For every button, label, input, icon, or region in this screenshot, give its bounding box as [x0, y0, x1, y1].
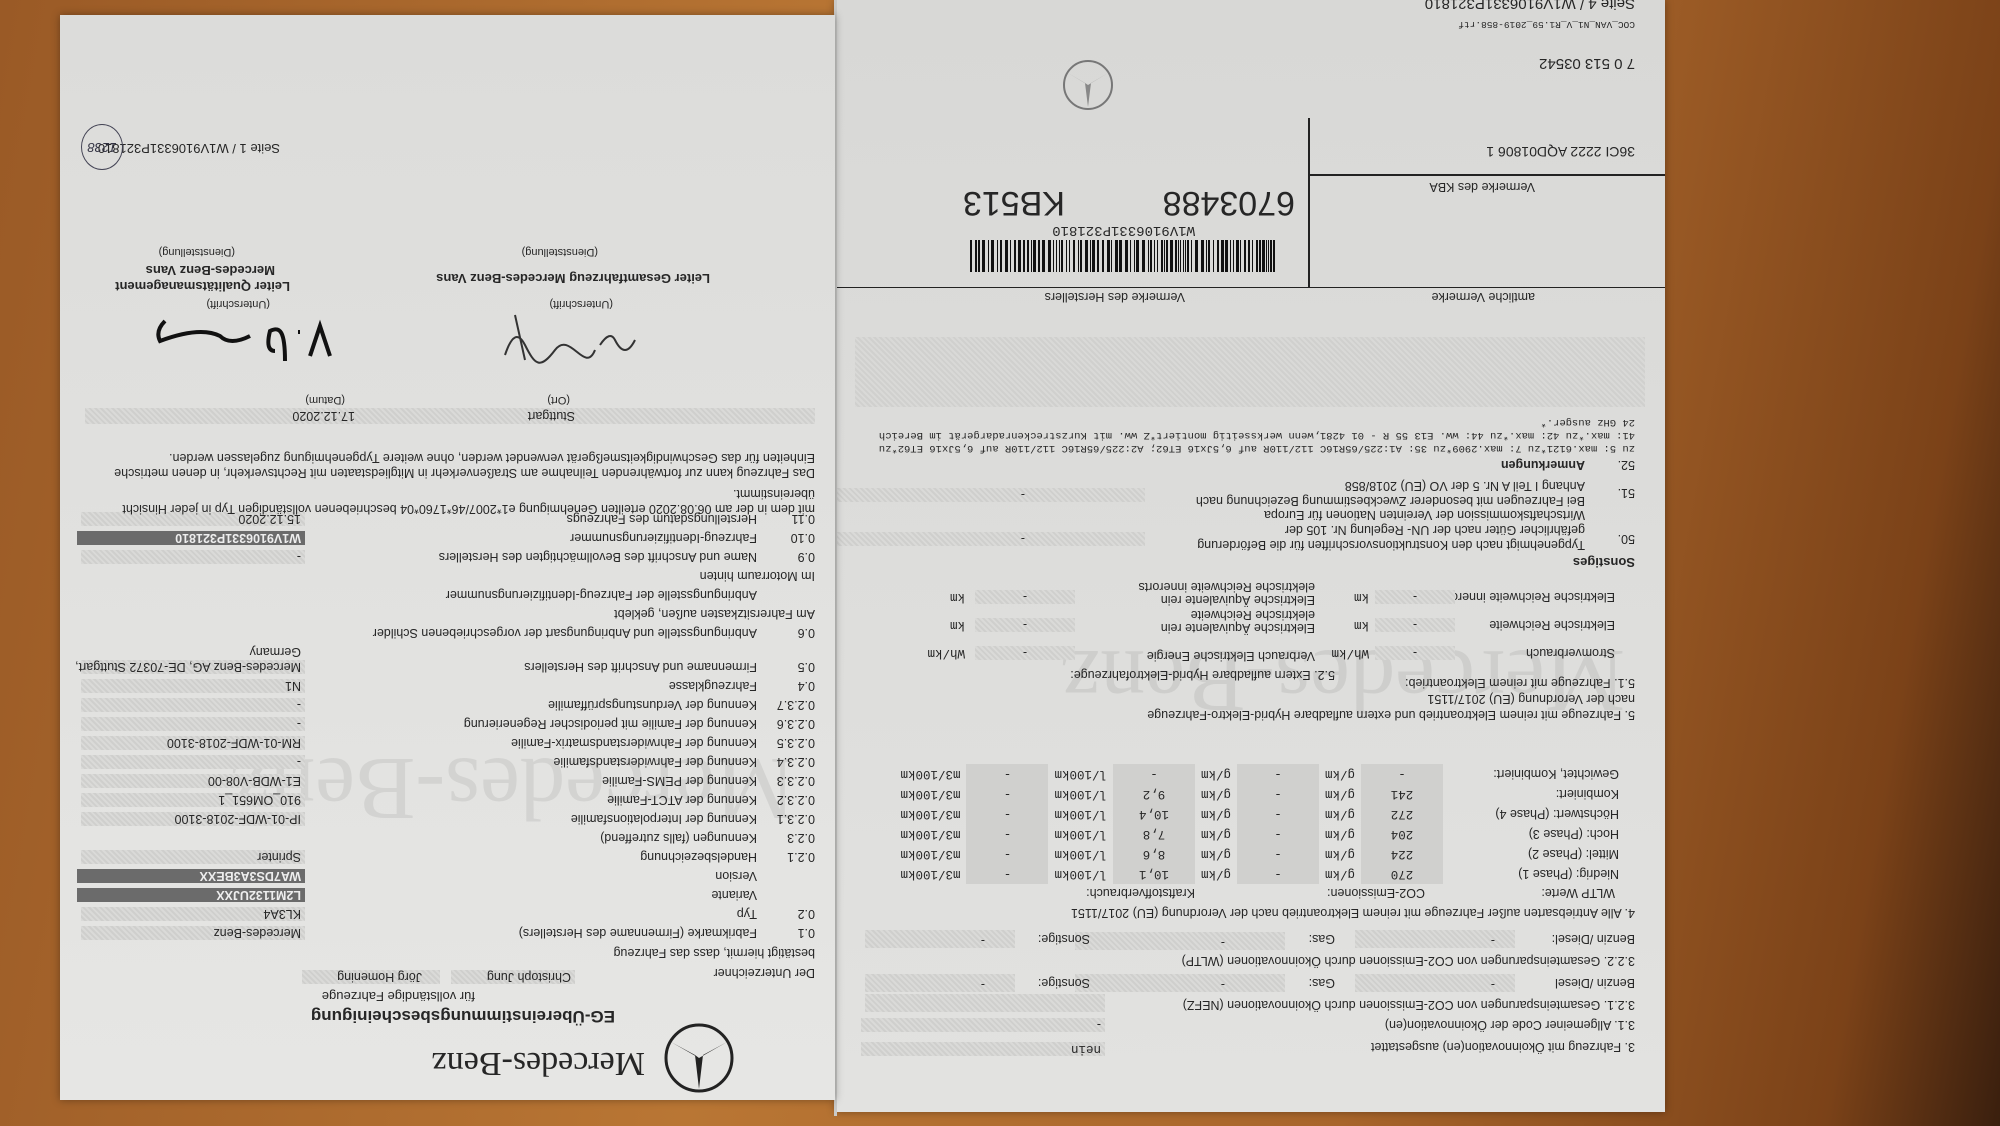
sonstige-label-1: Sonstige: [1038, 976, 1090, 990]
wltp-cell-label: Gewichtet, Kombiniert: [1443, 764, 1625, 784]
sonstige-label-2: Sonstige: [1038, 932, 1090, 946]
remarks-text: zu 5: max.6121*zu 7: max.2909*zu 35: A1:… [865, 415, 1635, 454]
wltp-cell-co2: 241 [1361, 784, 1443, 804]
field-label: Version [715, 869, 757, 883]
wltp-cell-label: Höchstwert: (Phase 4) [1443, 804, 1625, 824]
wltp-row: Mittel: (Phase 2)224g/km-g/km8,6l/100km-… [894, 844, 1625, 864]
field-label: Typ [737, 907, 757, 921]
field-label: Kennung der ATCT-Familie [607, 793, 757, 807]
coc-page-1: Mercedes-Benz Mercedes-Benz EG-Übereinst… [60, 15, 835, 1100]
field-value: - [81, 698, 305, 712]
divider-kba [1310, 174, 1665, 176]
section322-label: 3.2.2. Gesamteinsparungen von CO2-Emissi… [1182, 954, 1635, 968]
place-label: (Ort) [547, 394, 570, 406]
wltp-cell-co2-unit: g/km [1319, 784, 1361, 804]
section31-value: - [861, 1018, 1105, 1032]
s50-num: 50. [1618, 532, 1635, 546]
field-number: 0.2.3.7 [757, 698, 815, 712]
amtliche-vermerke-label: amtliche Vermerke [1431, 290, 1535, 304]
wltp-cell-b: - [1237, 784, 1319, 804]
field-number: 0.1 [757, 926, 815, 940]
section51-label: 5.1. Fahrzeuge mit reinem Elektroantrieb… [1405, 676, 1635, 690]
date-label: (Datum) [305, 394, 345, 406]
field-label: Am Fahrersitzkasten außen, geklebt [614, 607, 815, 621]
wltp-cell-m: - [966, 824, 1048, 844]
sonstige-field-2: - [865, 930, 1015, 948]
section3-title: 3. Fahrzeug mit Ökoinnovation(en) ausges… [1371, 1040, 1635, 1054]
benzin-label-1: Benzin /Diesel [1555, 976, 1635, 990]
section5-right-value: - [975, 618, 1075, 632]
wltp-row: Kombiniert:241g/km-g/km9,2l/100km-m3/100… [894, 784, 1625, 804]
s51-num: 51. [1618, 486, 1635, 500]
gas-label-2: Gas: [1309, 932, 1335, 946]
field-row: 0.2.3.2Kennung der ATCT-Familie [607, 793, 815, 807]
field-number: 0.4 [757, 679, 815, 693]
field-row: 0.2.3.1Kennung der Interpolationsfamilie [571, 812, 815, 826]
field-row: Variante [711, 888, 815, 902]
position-label-1: (Dienststellung) [522, 246, 598, 258]
field-label: Fabrikmarke (Firmenname des Herstellers) [519, 926, 757, 940]
wltp-cell-m: - [966, 764, 1048, 784]
wltp-cell-co2-unit: g/km [1319, 804, 1361, 824]
section5-right-unit: km [950, 590, 965, 604]
field-label: Kennung der Interpolationsfamilie [571, 812, 757, 826]
wltp-cell-b-unit: g/km [1195, 804, 1237, 824]
section5-left-label: Elektrische Reichweite innerorts [1437, 590, 1615, 604]
mercedes-star-icon [663, 1022, 735, 1094]
section5-right-unit: km [950, 618, 965, 632]
field-row: Anbringungsstelle der Fahrzeug-Identifiz… [446, 588, 815, 602]
wltp-cell-fuel-unit: l/100km [1048, 804, 1113, 824]
wltp-row: Gewichtet, Kombiniert:-g/km-g/km-l/100km… [894, 764, 1625, 784]
field-value: N1 [81, 679, 305, 693]
benzin-field-2: - [1355, 930, 1515, 948]
co2-label: CO2-Emissionen: [1327, 886, 1425, 900]
wltp-cell-m-unit: m3/100km [894, 764, 966, 784]
field-row: 0.4Fahrzeugklasse [669, 679, 815, 693]
wltp-cell-b: - [1237, 824, 1319, 844]
remarks-shade [855, 337, 1645, 407]
s51-value: - [835, 488, 1145, 502]
field-number: 0.2.3.2 [757, 793, 815, 807]
field-number: 0.10 [757, 531, 815, 545]
s51-text: Bei Fahrzeugen mit besonderer Zweckbesti… [1165, 478, 1585, 508]
section5-left-label: Stromverbrauch [1526, 646, 1615, 660]
field-value: IP-01-WDF-2018-3100 [81, 812, 305, 826]
wltp-cell-co2: 204 [1361, 824, 1443, 844]
wltp-cell-b-unit: g/km [1195, 764, 1237, 784]
wltp-cell-b-unit: g/km [1195, 824, 1237, 844]
wltp-cell-label: Kombiniert: [1443, 784, 1625, 804]
gas-field-2: - [1075, 932, 1285, 950]
wltp-row: Hoch: (Phase 3)204g/km-g/km7,8l/100km-m3… [894, 824, 1625, 844]
section4-title: 4. Alle Antriebsarten außer Fahrzeuge mi… [1071, 906, 1635, 920]
field-row: 0.5Firmenname und Anschrift des Herstell… [524, 660, 815, 674]
section5-right-label: Verbrauch Elektrische Energie [1115, 649, 1315, 662]
vermerke-kba-label: Vermerke des KBA [1429, 180, 1535, 194]
wltp-cell-fuel-unit: l/100km [1048, 784, 1113, 804]
wltp-cell-m-unit: m3/100km [894, 784, 966, 804]
section5-right-unit: Wh/km [927, 646, 965, 660]
signature-label-1: (Unterschrift) [549, 298, 613, 310]
sonstiges-title: Sonstiges [1573, 555, 1635, 570]
photo-stage: Mercedes-Benz 3. Fahrzeug mit Ökoinnovat… [0, 0, 2000, 1126]
section5-right-value: - [975, 646, 1075, 660]
field-number: 0.2 [757, 907, 815, 921]
wltp-row: Niedrig: (Phase 1)270g/km-g/km10,1l/100k… [894, 864, 1625, 884]
wltp-cell-b-unit: g/km [1195, 844, 1237, 864]
field-row: 0.2.3Kennungen (falls zutreffend) [600, 831, 815, 845]
field-number: 0.2.1 [757, 850, 815, 864]
field-row: 0.2.3.7Kennung der Verdunstungsprüffamil… [548, 698, 815, 712]
signer-2-title-2: Mercedes-Benz Vans [146, 263, 275, 278]
wltp-cell-b: - [1237, 804, 1319, 824]
benzin-field-1: - [1355, 974, 1515, 992]
signer-2: Jörg Homening [302, 970, 440, 984]
wltp-cell-fuel: 9,2 [1113, 784, 1195, 804]
wltp-cell-m: - [966, 784, 1048, 804]
wltp-cell-fuel-unit: l/100km [1048, 864, 1113, 884]
signature-label-2: (Unterschrift) [206, 298, 270, 310]
doc-number: 7 0 513 03542 [1539, 55, 1635, 72]
field-value-line2: Germany [250, 645, 301, 659]
wltp-cell-fuel-unit: l/100km [1048, 824, 1113, 844]
wltp-cell-fuel-unit: l/100km [1048, 844, 1113, 864]
field-number: 0.2.3.4 [757, 755, 815, 769]
field-value: WA7DS3A3BEXX [77, 869, 305, 883]
place-date-field [85, 408, 815, 424]
s50-text: Typgenehmigt nach den Konstruktionsvorsc… [1165, 507, 1585, 552]
wltp-cell-co2-unit: g/km [1319, 864, 1361, 884]
gas-field-1: - [1075, 974, 1285, 992]
document-subtitle: für vollständige Fahrzeuge [322, 989, 475, 1004]
field-row: Im Motorraum hinten [700, 569, 815, 583]
wltp-table: Niedrig: (Phase 1)270g/km-g/km10,1l/100k… [894, 764, 1625, 884]
section5-right-label: Elektrische Äquivalente rein elektrische… [1115, 608, 1315, 634]
wltp-label: WLTP Werte: [1541, 886, 1615, 900]
field-number: 0.2.3.5 [757, 736, 815, 750]
section5-right-value: - [975, 590, 1075, 604]
wltp-cell-co2-unit: g/km [1319, 824, 1361, 844]
field-value: 910_OM651_1 [81, 793, 305, 807]
field-label: Fahrzeug-Identifizierungsnummer [570, 531, 757, 545]
section3-value: nein [861, 1042, 1105, 1056]
brand-wordmark: Mercedes-Benz [432, 1044, 645, 1082]
wltp-cell-co2: 270 [1361, 864, 1443, 884]
field-label: Variante [711, 888, 757, 902]
wltp-cell-b-unit: g/km [1195, 864, 1237, 884]
field-value: E1-WDB-V08-00 [81, 774, 305, 788]
field-label: Kennung der PEMS-Familie [602, 774, 757, 788]
section5-right-label: Elektrische Äquivalente rein elektrische… [1115, 580, 1315, 606]
wltp-cell-m-unit: m3/100km [894, 864, 966, 884]
wltp-cell-co2: 272 [1361, 804, 1443, 824]
wltp-cell-m: - [966, 844, 1048, 864]
wltp-cell-co2: 224 [1361, 844, 1443, 864]
section321-label: 3.2.1. Gesamteinsparungen von CO2-Emissi… [1183, 998, 1635, 1012]
page4-footer: Seite 4 / W1V9106331P321810 [1425, 0, 1635, 12]
section5-left-unit: km [1354, 590, 1369, 604]
wltp-cell-co2-unit: g/km [1319, 764, 1361, 784]
position-label-2: (Dienststellung) [159, 246, 235, 258]
field-value: Mercedes-Benz [81, 926, 305, 940]
wltp-cell-fuel: 10,1 [1113, 864, 1195, 884]
wltp-cell-fuel: 7,8 [1113, 824, 1195, 844]
wltp-cell-b: - [1237, 844, 1319, 864]
big-code: KB513 [963, 183, 1065, 222]
fuel-label: Kraftstoffverbrauch: [1086, 886, 1195, 900]
field-label: Anbringungsstelle und Anbringungsart der… [373, 626, 757, 640]
field-label: Kennungen (falls zutreffend) [600, 831, 757, 845]
mercedes-star-icon [1061, 58, 1115, 112]
field-value: - [81, 755, 305, 769]
section5-title: 5. Fahrzeuge mit reinem Elektroantrieb u… [1147, 708, 1635, 722]
section5-left-label: Elektrische Reichweite [1489, 618, 1615, 632]
wltp-cell-m-unit: m3/100km [894, 844, 966, 864]
traffic-text: Das Fahrzeug kann zur fortwährenden Teil… [85, 450, 815, 480]
field-row: 0.9Name und Anschrift des Bevollmächtigt… [439, 550, 815, 564]
field-value: - [81, 717, 305, 731]
wltp-cell-fuel: 8,6 [1113, 844, 1195, 864]
field-row: 0.2.3.3Kennung der PEMS-Familie [602, 774, 815, 788]
field-row: Version [715, 869, 815, 883]
field-row: 0.1Fabrikmarke (Firmenname des Herstelle… [519, 926, 815, 940]
signer-1-title: Leiter Gesamtfahrzeug Mercedes-Benz Vans [436, 271, 710, 286]
field-label: Kennung der Fahrwiderstandsfamilie [553, 755, 757, 769]
gas-label-1: Gas: [1309, 976, 1335, 990]
field-number: 0.2.3.1 [757, 812, 815, 826]
barcode-text: W1V9106331P321810 [1052, 222, 1195, 238]
page1-footer: Seite 1 / W1V9106331P321810 [98, 141, 280, 156]
field-number: 0.2.3.3 [757, 774, 815, 788]
field-value: L2M1132UJXX [77, 888, 305, 902]
field-value: - [81, 550, 305, 564]
signer-1: Christoph Jung [451, 970, 575, 984]
document-title: EG-Übereinstimmungsbescheinigung [311, 1006, 615, 1026]
field-row: 0.2.3.5Kennung der Fahrwiderstandsmatrix… [511, 736, 815, 750]
section5-left-unit: Wh/km [1331, 646, 1369, 660]
wltp-row: Höchstwert: (Phase 4)272g/km-g/km10,4l/1… [894, 804, 1625, 824]
wltp-cell-b: - [1237, 864, 1319, 884]
signature-1 [475, 310, 645, 380]
s52-title: Anmerkungen [1501, 458, 1585, 472]
field-label: Firmenname und Anschrift des Herstellers [524, 660, 757, 674]
approval-text: mit dem in der am 06.08.2020 erteilten G… [85, 486, 815, 516]
wltp-cell-co2: - [1361, 764, 1443, 784]
wltp-cell-m: - [966, 804, 1048, 824]
field-row: Am Fahrersitzkasten außen, geklebt [614, 607, 815, 621]
field-label: Im Motorraum hinten [700, 569, 815, 583]
section5-left-value: - [1375, 646, 1455, 660]
signer-2-title-1: Leiter Qualitätsmanagement [115, 279, 290, 294]
wltp-cell-m-unit: m3/100km [894, 804, 966, 824]
field-row: 0.2.3.6Kennung der Familie mit periodisc… [464, 717, 815, 731]
section5-left-value: - [1375, 590, 1455, 604]
wltp-cell-m: - [966, 864, 1048, 884]
section5-title2: nach der Verordnung (EU) 2017/1151 [1427, 692, 1635, 706]
field-row: 0.6Anbringungsstelle und Anbringungsart … [373, 626, 815, 640]
field-row: 0.2.3.4Kennung der Fahrwiderstandsfamili… [553, 755, 815, 769]
section5-left-value: - [1375, 618, 1455, 632]
field-label: Kennung der Familie mit periodischer Reg… [464, 717, 757, 731]
intro-line: Der Unterzeichner [714, 966, 815, 980]
intro-line-2: bestätigt hiermit, dass das Fahrzeug [614, 946, 816, 960]
file-reference: COC_VAN_N1_V_R1.59_2019-858.rtf [1458, 19, 1635, 30]
barcode [965, 240, 1275, 272]
date-value: 17.12.2020 [292, 409, 355, 423]
field-label: Name und Anschrift des Bevollmächtigten … [439, 550, 757, 564]
field-label: Fahrzeugklasse [669, 679, 757, 693]
section31-label: 3.1. Allgemeiner Code der Ökoinnovation(… [1385, 1018, 1635, 1032]
s52-num: 52. [1618, 458, 1635, 472]
signature-2 [140, 314, 340, 376]
wltp-cell-b-unit: g/km [1195, 784, 1237, 804]
field-number: 0.5 [757, 660, 815, 674]
field-value: W1V9106331P321810 [77, 531, 305, 545]
place-value: Stuttgart [528, 409, 575, 423]
field-value: Mercedes-Benz AG, DE-70372 Stuttgart, [81, 660, 305, 674]
divider-amtliche [1310, 287, 1665, 288]
vermerke-hersteller-label: Vermerke des Herstellers [1045, 290, 1185, 304]
coc-page-4: Mercedes-Benz 3. Fahrzeug mit Ökoinnovat… [835, 0, 1665, 1112]
sonstige-field-1: - [865, 974, 1015, 992]
big-number: 6703488 [1163, 183, 1295, 222]
wltp-cell-fuel-unit: l/100km [1048, 764, 1113, 784]
section321-field [865, 994, 1105, 1012]
wltp-cell-fuel: 10,4 [1113, 804, 1195, 824]
section52-label: 5.2. Extern aufladbare Hybrid-Elektrofah… [1070, 668, 1335, 682]
kba-code: 36CI 2222 AQD01806 1 [1486, 144, 1635, 160]
field-label: Anbringungsstelle der Fahrzeug-Identifiz… [446, 588, 757, 602]
wltp-cell-label: Hoch: (Phase 3) [1443, 824, 1625, 844]
wltp-cell-label: Niedrig: (Phase 1) [1443, 864, 1625, 884]
wltp-cell-co2-unit: g/km [1319, 844, 1361, 864]
benzin-label-2: Benzin /Diesel: [1552, 932, 1635, 946]
field-value: RM-01-WDF-2018-3100 [81, 736, 305, 750]
field-label: Kennung der Fahrwiderstandsmatrix-Famili… [511, 736, 757, 750]
wltp-cell-b: - [1237, 764, 1319, 784]
field-row: 0.2Typ [737, 907, 815, 921]
wltp-cell-fuel: - [1113, 764, 1195, 784]
field-number: 0.6 [757, 626, 815, 640]
handwritten-number: 1238 [81, 124, 123, 170]
field-number: 0.9 [757, 550, 815, 564]
field-number: 0.2.3 [757, 831, 815, 845]
wltp-cell-label: Mittel: (Phase 2) [1443, 844, 1625, 864]
section5-left-unit: km [1354, 618, 1369, 632]
wltp-cell-m-unit: m3/100km [894, 824, 966, 844]
field-row: 0.2.1Handelsbezeichnung [640, 850, 815, 864]
field-label: Handelsbezeichnung [640, 850, 757, 864]
field-number: 0.2.3.6 [757, 717, 815, 731]
vertical-divider [1308, 118, 1310, 288]
divider-hersteller [835, 287, 1310, 288]
field-row: 0.10Fahrzeug-Identifizierungsnummer [570, 531, 815, 545]
field-value: KL3A4 [81, 907, 305, 921]
field-label: Kennung der Verdunstungsprüffamilie [548, 698, 757, 712]
field-value: Sprinter [81, 850, 305, 864]
s50-value: - [835, 532, 1145, 546]
